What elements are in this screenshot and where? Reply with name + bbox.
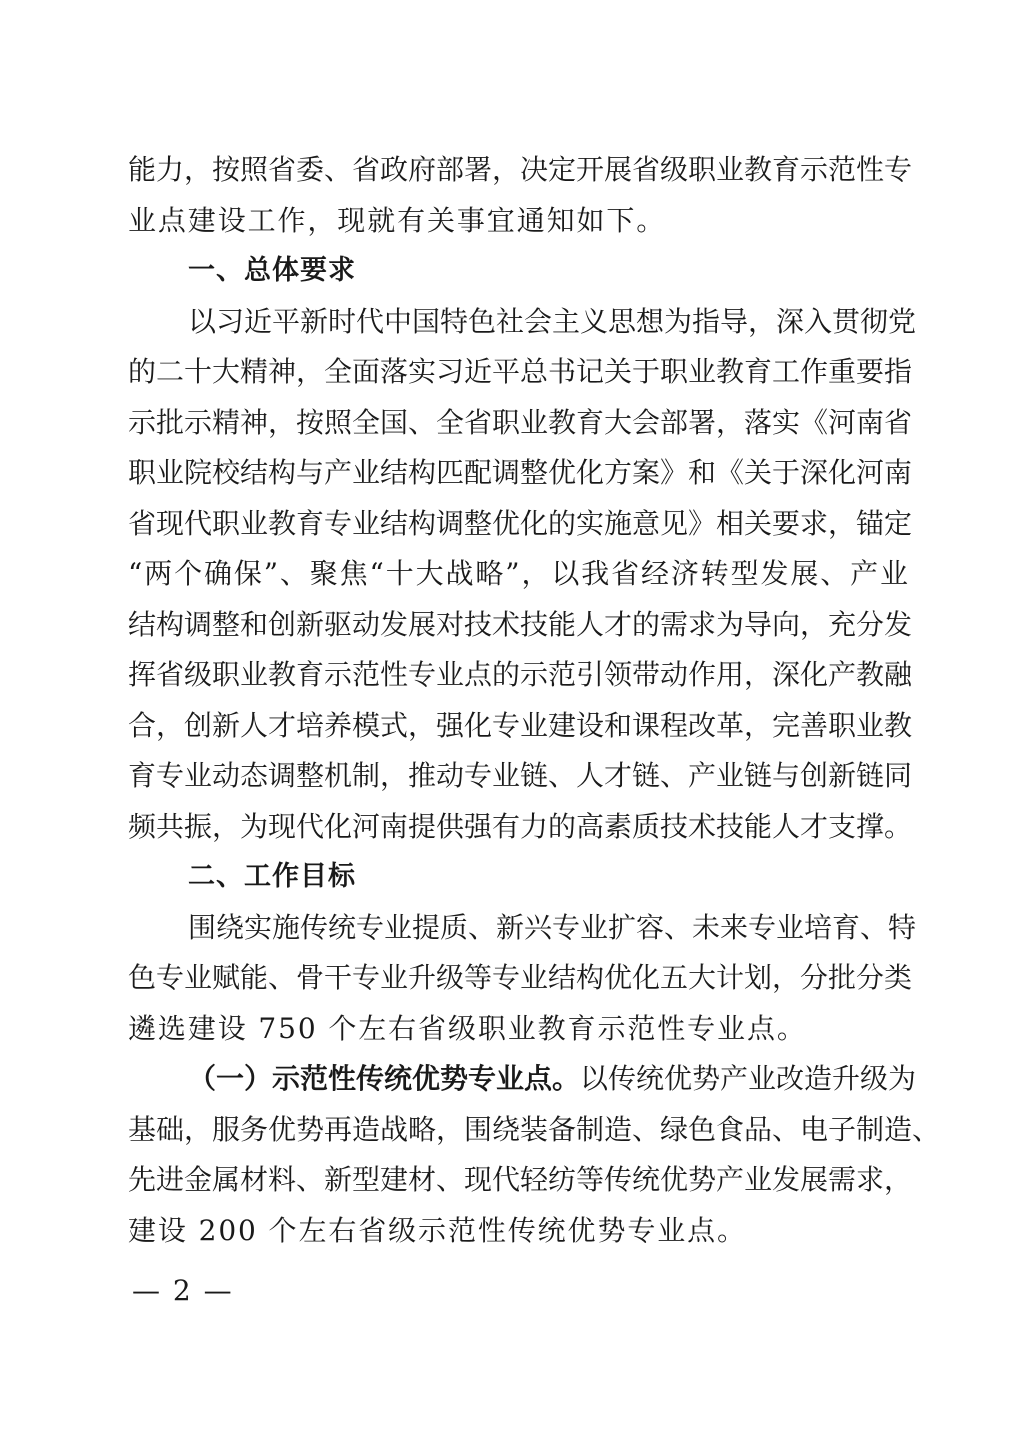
section-heading-general-requirements: 一、总体要求 bbox=[128, 246, 908, 297]
paragraph-line: 结构调整和创新驱动发展对技术技能人才的需求为导向，充分发 bbox=[128, 600, 908, 651]
subsection-title-traditional-advantage: （一）示范性传统优势专业点。 bbox=[188, 1062, 580, 1095]
paragraph-line: 省现代职业教育专业结构调整优化的实施意见》相关要求，锚定 bbox=[128, 499, 908, 550]
paragraph-text: 以传统优势产业改造升级为 bbox=[580, 1062, 916, 1095]
general-requirements-paragraph: 以习近平新时代中国特色社会主义思想为指导，深入贯彻党 的二十大精神，全面落实习近… bbox=[128, 297, 908, 853]
paragraph-line: “两个确保”、聚焦“十大战略”，以我省经济转型发展、产业 bbox=[128, 549, 908, 600]
paragraph-line: 频共振，为现代化河南提供强有力的高素质技术技能人才支撑。 bbox=[128, 802, 908, 853]
paragraph-line: 能力，按照省委、省政府部署，决定开展省级职业教育示范性专 bbox=[128, 145, 908, 196]
paragraph-line: 示批示精神，按照全国、全省职业教育大会部署，落实《河南省 bbox=[128, 398, 908, 449]
paragraph-line: 基础，服务优势再造战略，围绕装备制造、绿色食品、电子制造、 bbox=[128, 1105, 908, 1156]
work-goals-paragraph: 围绕实施传统专业提质、新兴专业扩容、未来专业培育、特 色专业赋能、骨干专业升级等… bbox=[128, 903, 908, 1055]
document-page: 能力，按照省委、省政府部署，决定开展省级职业教育示范性专 业点建设工作，现就有关… bbox=[128, 145, 908, 1256]
paragraph-line: 的二十大精神，全面落实习近平总书记关于职业教育工作重要指 bbox=[128, 347, 908, 398]
paragraph-line: 色专业赋能、骨干专业升级等专业结构优化五大计划，分批分类 bbox=[128, 953, 908, 1004]
paragraph-line: 先进金属材料、新型建材、现代轻纺等传统优势产业发展需求， bbox=[128, 1155, 908, 1206]
page-number: — 2 — bbox=[132, 1274, 234, 1308]
paragraph-line: 以习近平新时代中国特色社会主义思想为指导，深入贯彻党 bbox=[128, 297, 908, 348]
section-heading-work-goals: 二、工作目标 bbox=[128, 852, 908, 903]
paragraph-line: 建设 200 个左右省级示范性传统优势专业点。 bbox=[128, 1206, 908, 1257]
paragraph-line: 围绕实施传统专业提质、新兴专业扩容、未来专业培育、特 bbox=[128, 903, 908, 954]
paragraph-line: 遴选建设 750 个左右省级职业教育示范性专业点。 bbox=[128, 1004, 908, 1055]
paragraph-line: 业点建设工作，现就有关事宜通知如下。 bbox=[128, 196, 908, 247]
paragraph-line: （一）示范性传统优势专业点。以传统优势产业改造升级为 bbox=[128, 1054, 908, 1105]
paragraph-line: 职业院校结构与产业结构匹配调整优化方案》和《关于深化河南 bbox=[128, 448, 908, 499]
paragraph-line: 挥省级职业教育示范性专业点的示范引领带动作用，深化产教融 bbox=[128, 650, 908, 701]
traditional-advantage-paragraph: （一）示范性传统优势专业点。以传统优势产业改造升级为 基础，服务优势再造战略，围… bbox=[128, 1054, 908, 1256]
intro-paragraph: 能力，按照省委、省政府部署，决定开展省级职业教育示范性专 业点建设工作，现就有关… bbox=[128, 145, 908, 246]
paragraph-line: 育专业动态调整机制，推动专业链、人才链、产业链与创新链同 bbox=[128, 751, 908, 802]
paragraph-line: 合，创新人才培养模式，强化专业建设和课程改革，完善职业教 bbox=[128, 701, 908, 752]
